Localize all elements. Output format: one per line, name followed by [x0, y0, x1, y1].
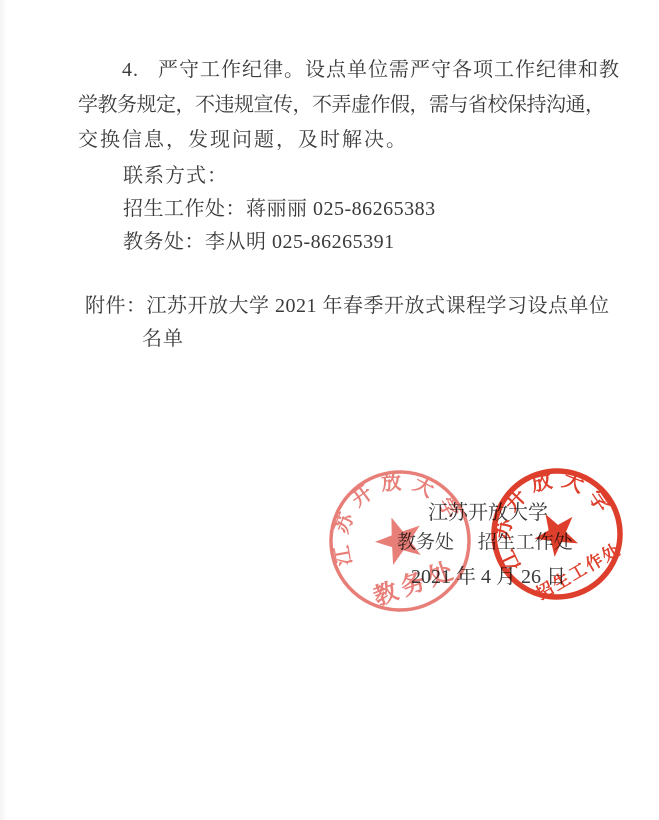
- star-icon: [527, 503, 586, 561]
- contact-admissions: 招生工作处：蒋丽丽 025-86265383: [123, 197, 436, 221]
- contact-heading: 联系方式：: [123, 164, 228, 188]
- star-icon: [369, 509, 429, 568]
- scanned-document-page: 4. 严守工作纪律。设点单位需严守各项工作纪律和教 学教务规定，不违规宣传，不弄…: [0, 0, 659, 820]
- attachment-line-2: 名单: [142, 327, 184, 351]
- official-seal-academic-affairs: 江苏开放大学 教务处: [326, 467, 474, 615]
- contact-academic: 教务处：李从明 025-86265391: [123, 230, 395, 254]
- official-seal-admissions-office: 江苏开放大学 招生工作处: [487, 464, 627, 604]
- body-line-2: 学教务规定，不违规宣传，不弄虚作假，需与省校保持沟通，: [78, 93, 605, 117]
- body-line-3: 交换信息，发现问题，及时解决。: [78, 128, 408, 152]
- body-line-1: 4. 严守工作纪律。设点单位需严守各项工作纪律和教: [122, 58, 620, 82]
- attachment-line-1: 附件：江苏开放大学 2021 年春季开放式课程学习设点单位: [85, 294, 610, 318]
- seal-bottom-text: 教务处: [370, 555, 461, 611]
